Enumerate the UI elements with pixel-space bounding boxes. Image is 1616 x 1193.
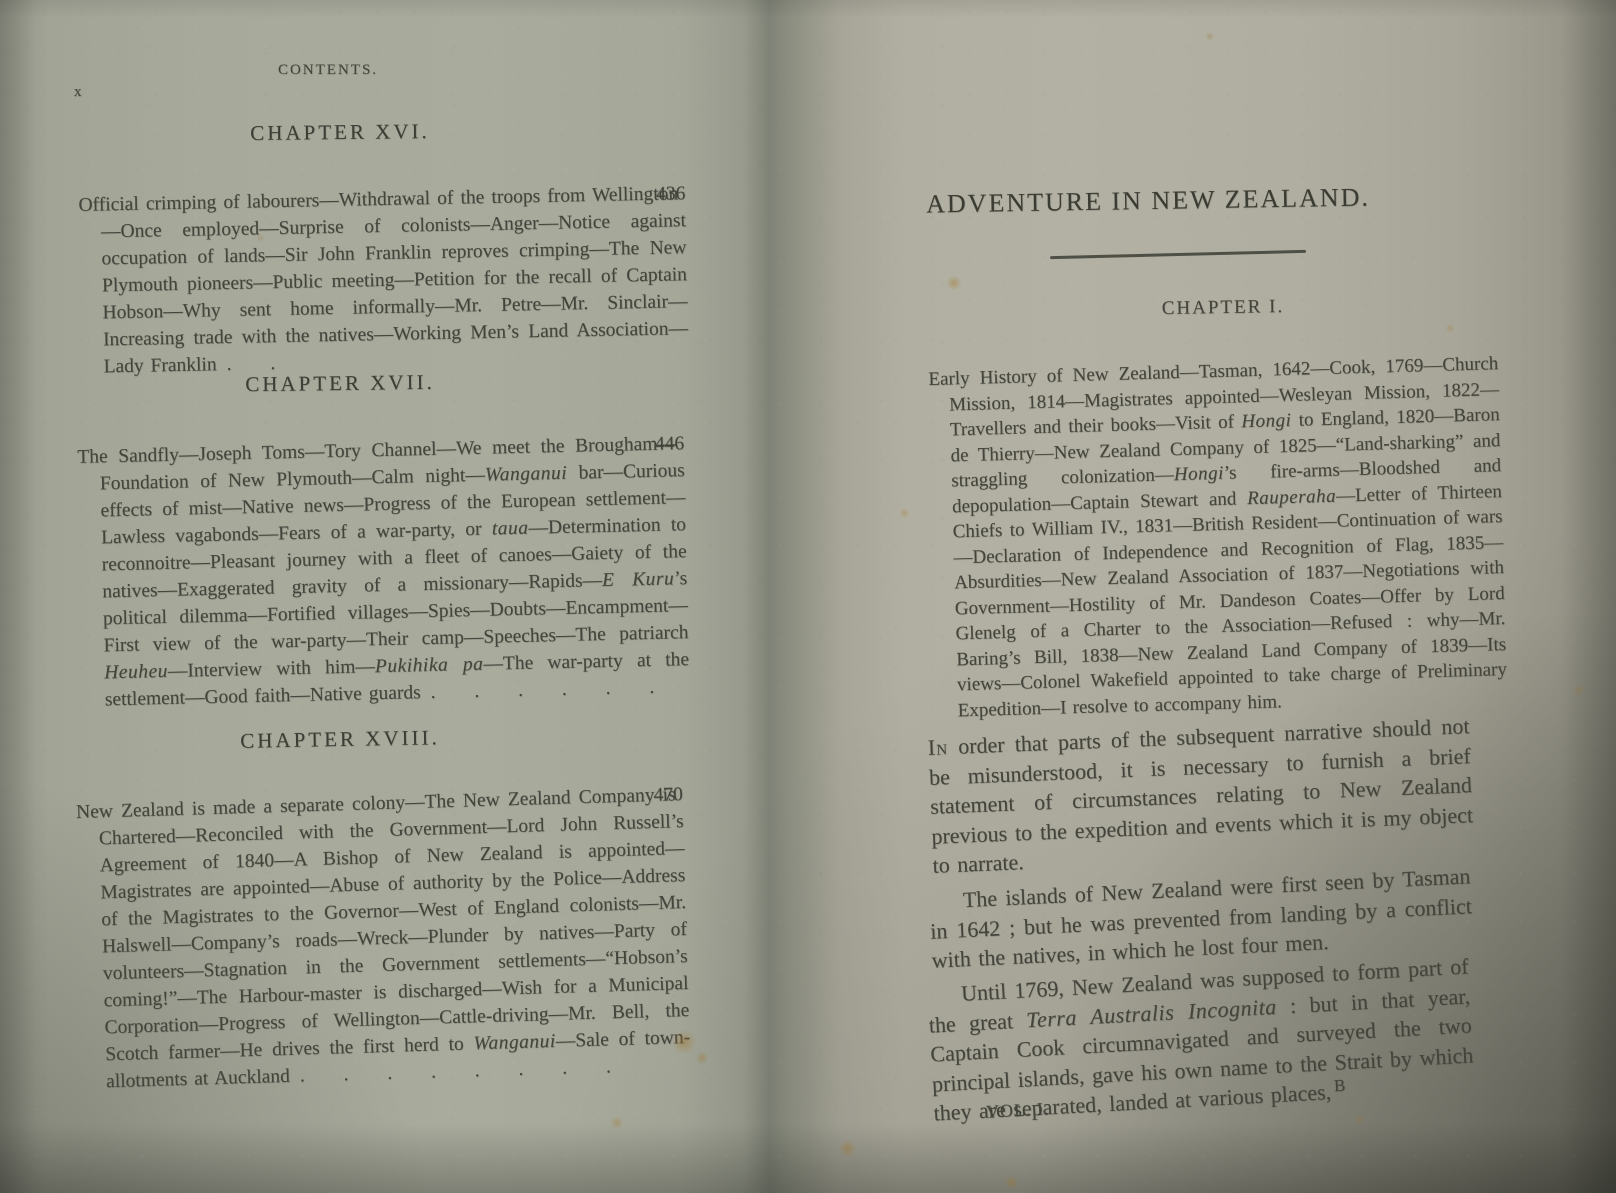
contents-running-header: CONTENTS.: [178, 62, 478, 79]
chapter-18-summary-text: New Zealand is made a separate colony—Th…: [76, 784, 691, 1092]
chapter-18-dot-leader: . . . . . . . .: [290, 1056, 618, 1087]
chapter-17-dot-leader: . . . . . .: [420, 676, 660, 702]
title-divider-rule: [1050, 250, 1306, 259]
foxing-spot: [1354, 1114, 1365, 1124]
foxing-spot: [838, 1140, 857, 1157]
chapter-18-heading: CHAPTER XVIII.: [60, 722, 620, 757]
chapter-18-summary: 470 New Zealand is made a separate colon…: [76, 781, 692, 1096]
chapter-1-summary: Early History of New Zealand—Tasman, 164…: [928, 351, 1508, 724]
foxing-spot: [899, 508, 910, 518]
open-book-photo: x CONTENTS. CHAPTER XVI. 436 Official cr…: [0, 0, 1616, 1193]
foxing-spot: [1205, 32, 1215, 41]
chapter-1-heading: CHAPTER I.: [1073, 295, 1373, 322]
chapter-17-summary: 446 The Sandfly—Joseph Toms—Tory Channel…: [77, 430, 690, 714]
foxing-spot: [695, 1052, 709, 1064]
foxing-spot: [1004, 1176, 1019, 1189]
book-title: ADVENTURE IN NEW ZEALAND.: [888, 182, 1408, 220]
left-page-number: x: [74, 84, 82, 101]
chapter-17-summary-text: The Sandfly—Joseph Toms—Tory Channel—We …: [77, 433, 689, 710]
chapter-17-page-ref: 446: [677, 430, 685, 457]
foxing-spot: [610, 1116, 624, 1129]
foxing-spot: [946, 276, 962, 290]
chapter-18-page-ref: 470: [675, 781, 683, 808]
foxing-spot: [1445, 324, 1455, 333]
signature-mark: B: [1333, 1076, 1345, 1097]
foxing-spot: [1572, 684, 1585, 696]
chapter-16-summary-text: Official crimping of labourers—Withdrawa…: [78, 183, 688, 377]
chapter-16-heading: CHAPTER XVI.: [60, 117, 620, 148]
chapter-16-page-ref: 436: [678, 180, 686, 207]
volume-footer: VOL. I.: [985, 1098, 1050, 1122]
chapter-16-summary: 436 Official crimping of labourers—Withd…: [78, 180, 689, 381]
body-paragraph-1: In order that parts of the subsequent na…: [927, 711, 1474, 880]
